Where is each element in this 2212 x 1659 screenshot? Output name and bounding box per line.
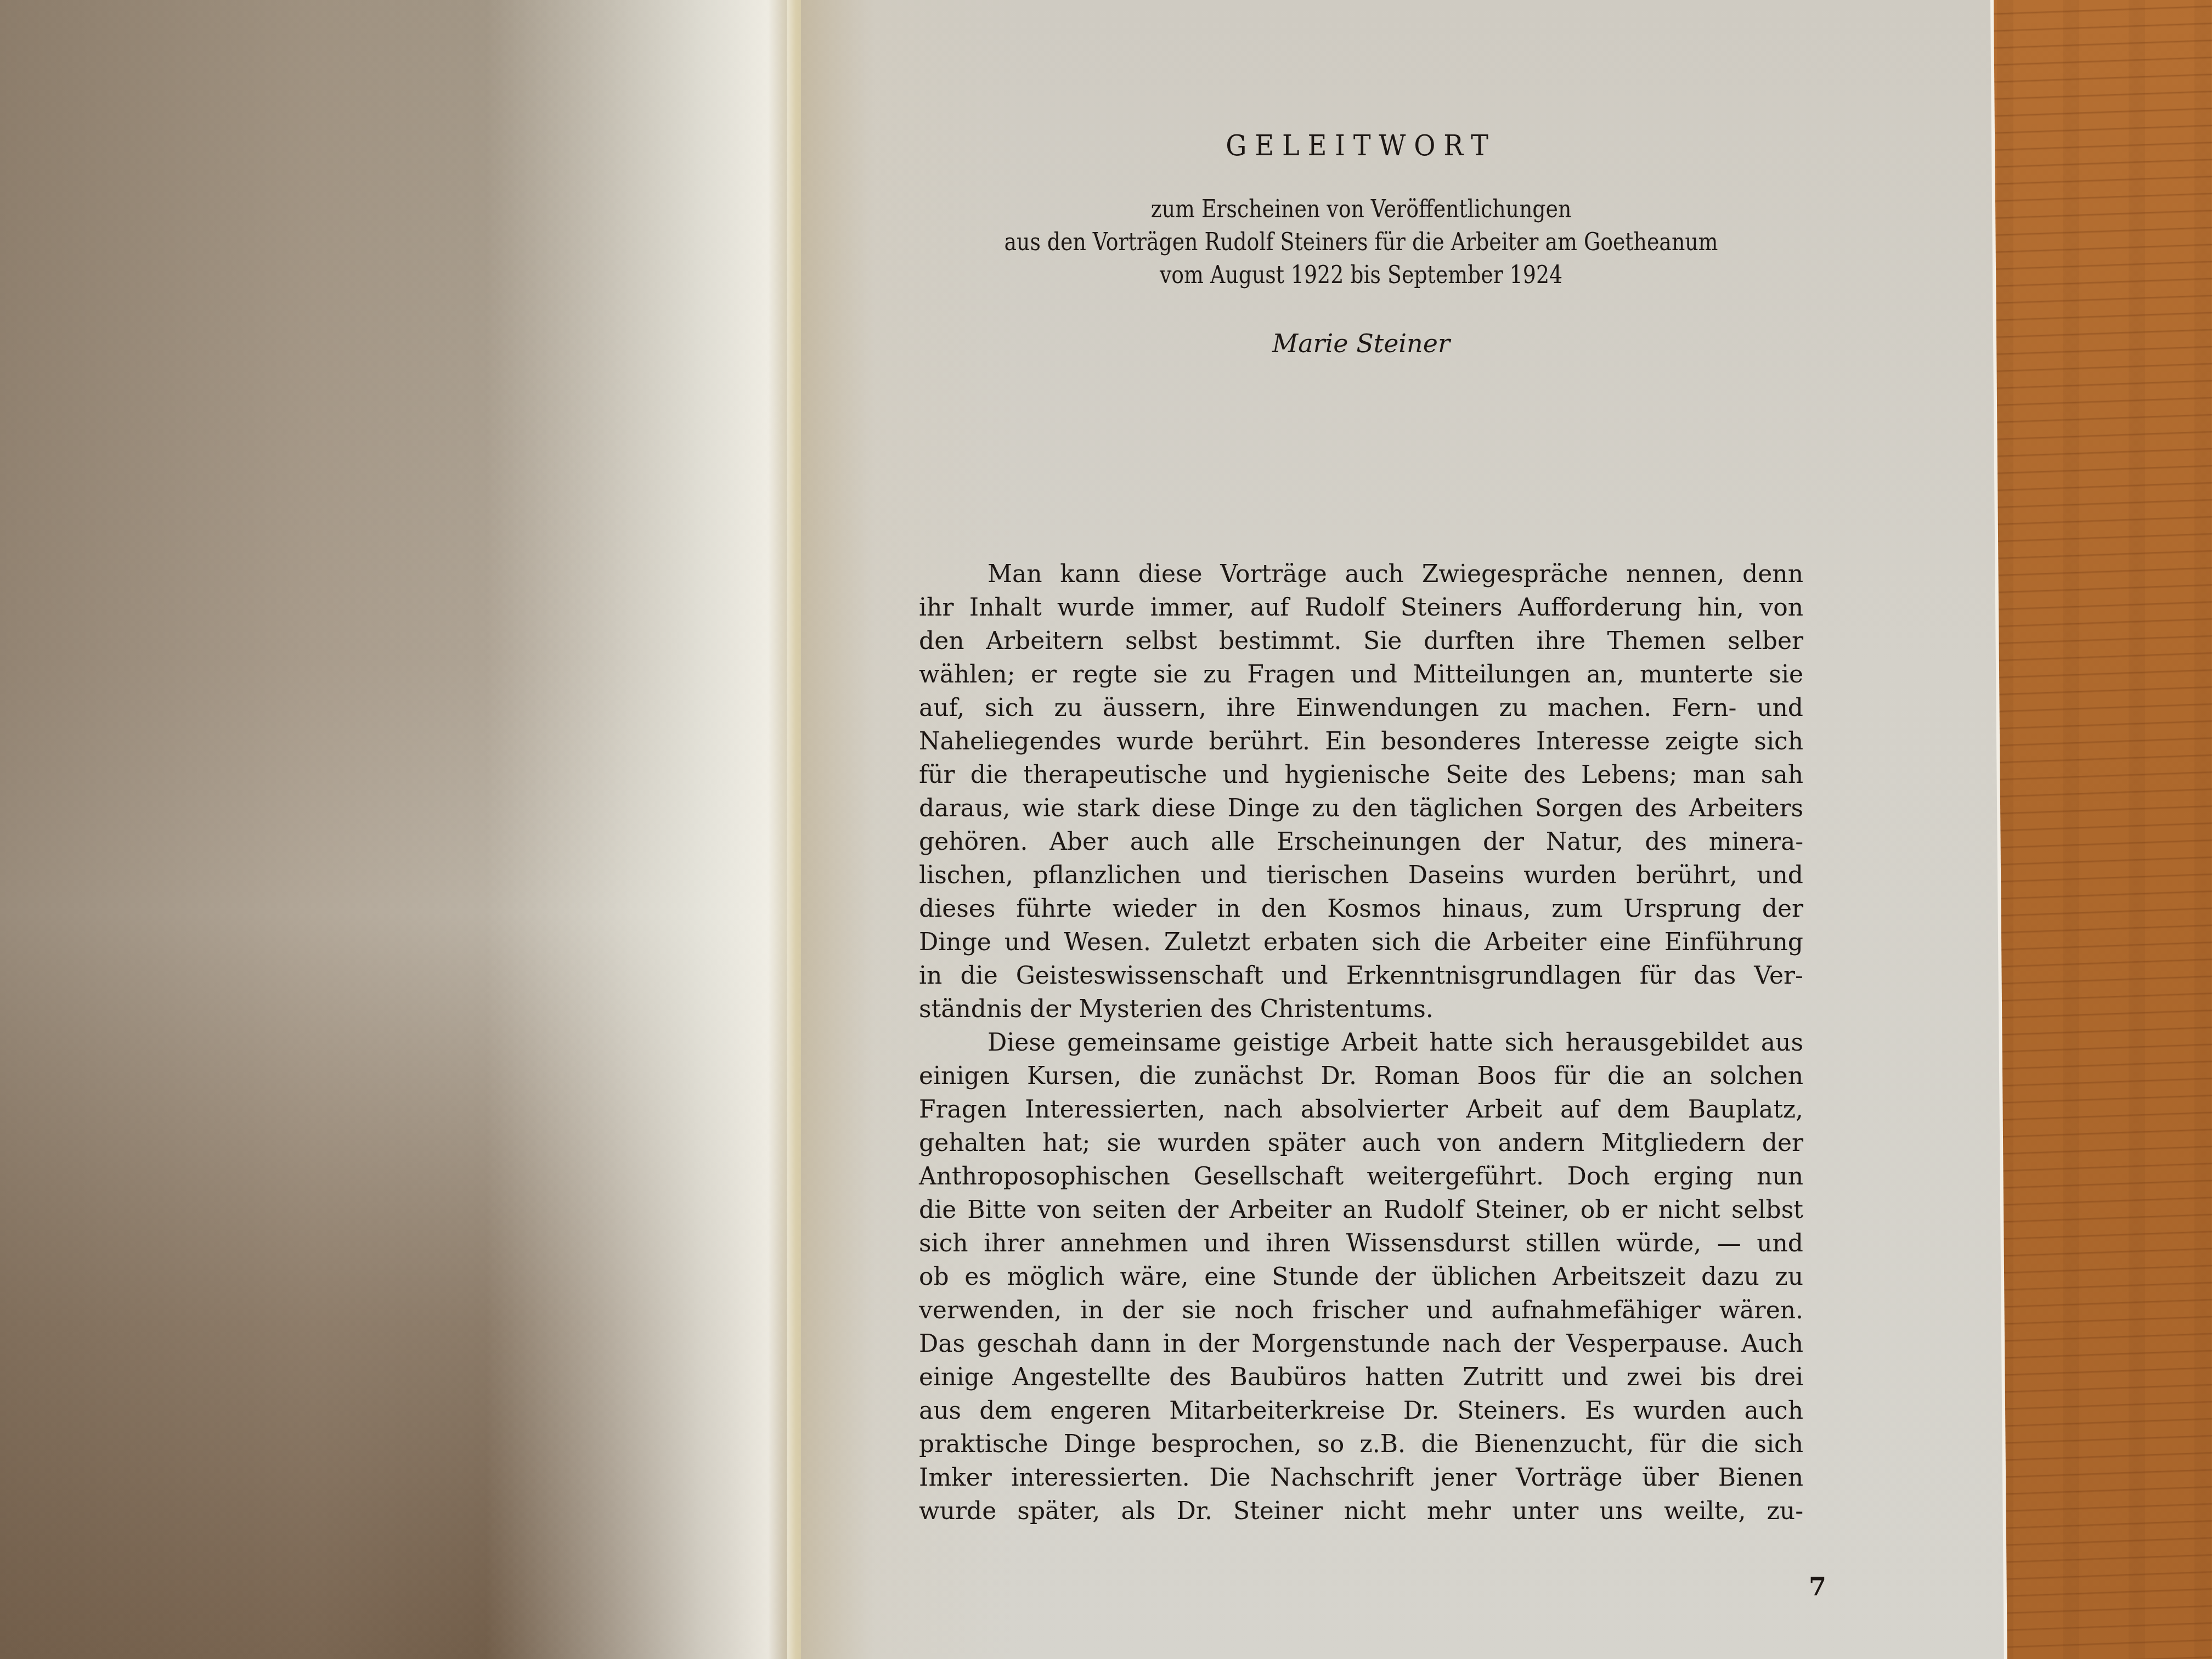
subtitle-line: aus den Vorträgen Rudolf Steiners für di… — [981, 226, 1741, 259]
text-line: Imker interessierten. Die Nachschrift je… — [919, 1461, 1803, 1494]
author-name: Marie Steiner — [919, 327, 1803, 360]
photo-scene: GELEITWORT zum Erscheinen von Veröffentl… — [0, 0, 2212, 1659]
text-line: wählen; er regte sie zu Fragen und Mitte… — [919, 658, 1803, 691]
text-line: den Arbeitern selbst bestimmt. Sie durft… — [919, 624, 1803, 658]
text-line: lischen, pflanzlichen und tierischen Das… — [919, 859, 1803, 892]
text-line: Anthroposophischen Gesellschaft weiterge… — [919, 1160, 1803, 1193]
text-line: Naheliegendes wurde berührt. Ein besonde… — [919, 725, 1803, 758]
subtitle-line: vom August 1922 bis September 1924 — [981, 259, 1741, 292]
text-line: praktische Dinge besprochen, so z.B. die… — [919, 1427, 1803, 1461]
page-heading: GELEITWORT — [954, 129, 1768, 162]
text-line: auf, sich zu äussern, ihre Einwendungen … — [919, 691, 1803, 725]
subtitle: zum Erscheinen von Veröffentlichungen au… — [919, 193, 1803, 292]
paragraph-2: Diese gemeinsame geistige Arbeit hatte s… — [919, 1026, 1803, 1528]
text-line: gehören. Aber auch alle Erscheinungen de… — [919, 825, 1803, 859]
text-line: Fragen Interessierten, nach absolvierter… — [919, 1093, 1803, 1126]
text-line: Dinge und Wesen. Zuletzt erbaten sich di… — [919, 926, 1803, 959]
text-line: sich ihrer annehmen und ihren Wissensdur… — [919, 1227, 1803, 1260]
text-line: ständnis der Mysterien des Christentums. — [919, 992, 1803, 1026]
text-line: verwenden, in der sie noch frischer und … — [919, 1294, 1803, 1327]
text-line: Das geschah dann in der Morgenstunde nac… — [919, 1327, 1803, 1361]
text-line: dieses führte wieder in den Kosmos hinau… — [919, 892, 1803, 926]
subtitle-line: zum Erscheinen von Veröffentlichungen — [981, 193, 1741, 226]
left-page — [0, 0, 793, 1659]
text-line: wurde später, als Dr. Steiner nicht mehr… — [919, 1494, 1803, 1528]
text-line: einigen Kursen, die zunächst Dr. Roman B… — [919, 1059, 1803, 1093]
text-line: Diese gemeinsame geistige Arbeit hatte s… — [919, 1026, 1803, 1059]
text-line: aus dem engeren Mitarbeiterkreise Dr. St… — [919, 1394, 1803, 1427]
text-line: Man kann diese Vorträge auch Zwiegespräc… — [919, 557, 1803, 591]
body-text: Man kann diese Vorträge auch Zwiegespräc… — [919, 557, 1803, 1528]
text-line: die Bitte von seiten der Arbeiter an Rud… — [919, 1193, 1803, 1227]
text-line: daraus, wie stark diese Dinge zu den täg… — [919, 792, 1803, 825]
text-line: gehalten hat; sie wurden später auch von… — [919, 1126, 1803, 1160]
text-line: ob es möglich wäre, eine Stunde der übli… — [919, 1260, 1803, 1294]
text-line: in die Geisteswissenschaft und Erkenntni… — [919, 959, 1803, 992]
text-line: einige Angestellte des Baubüros hatten Z… — [919, 1361, 1803, 1394]
page-number: 7 — [1809, 1570, 1826, 1603]
text-line: für die therapeutische und hygienische S… — [919, 758, 1803, 792]
paragraph-1: Man kann diese Vorträge auch Zwiegespräc… — [919, 557, 1803, 1026]
text-line: ihr Inhalt wurde immer, auf Rudolf Stein… — [919, 591, 1803, 624]
